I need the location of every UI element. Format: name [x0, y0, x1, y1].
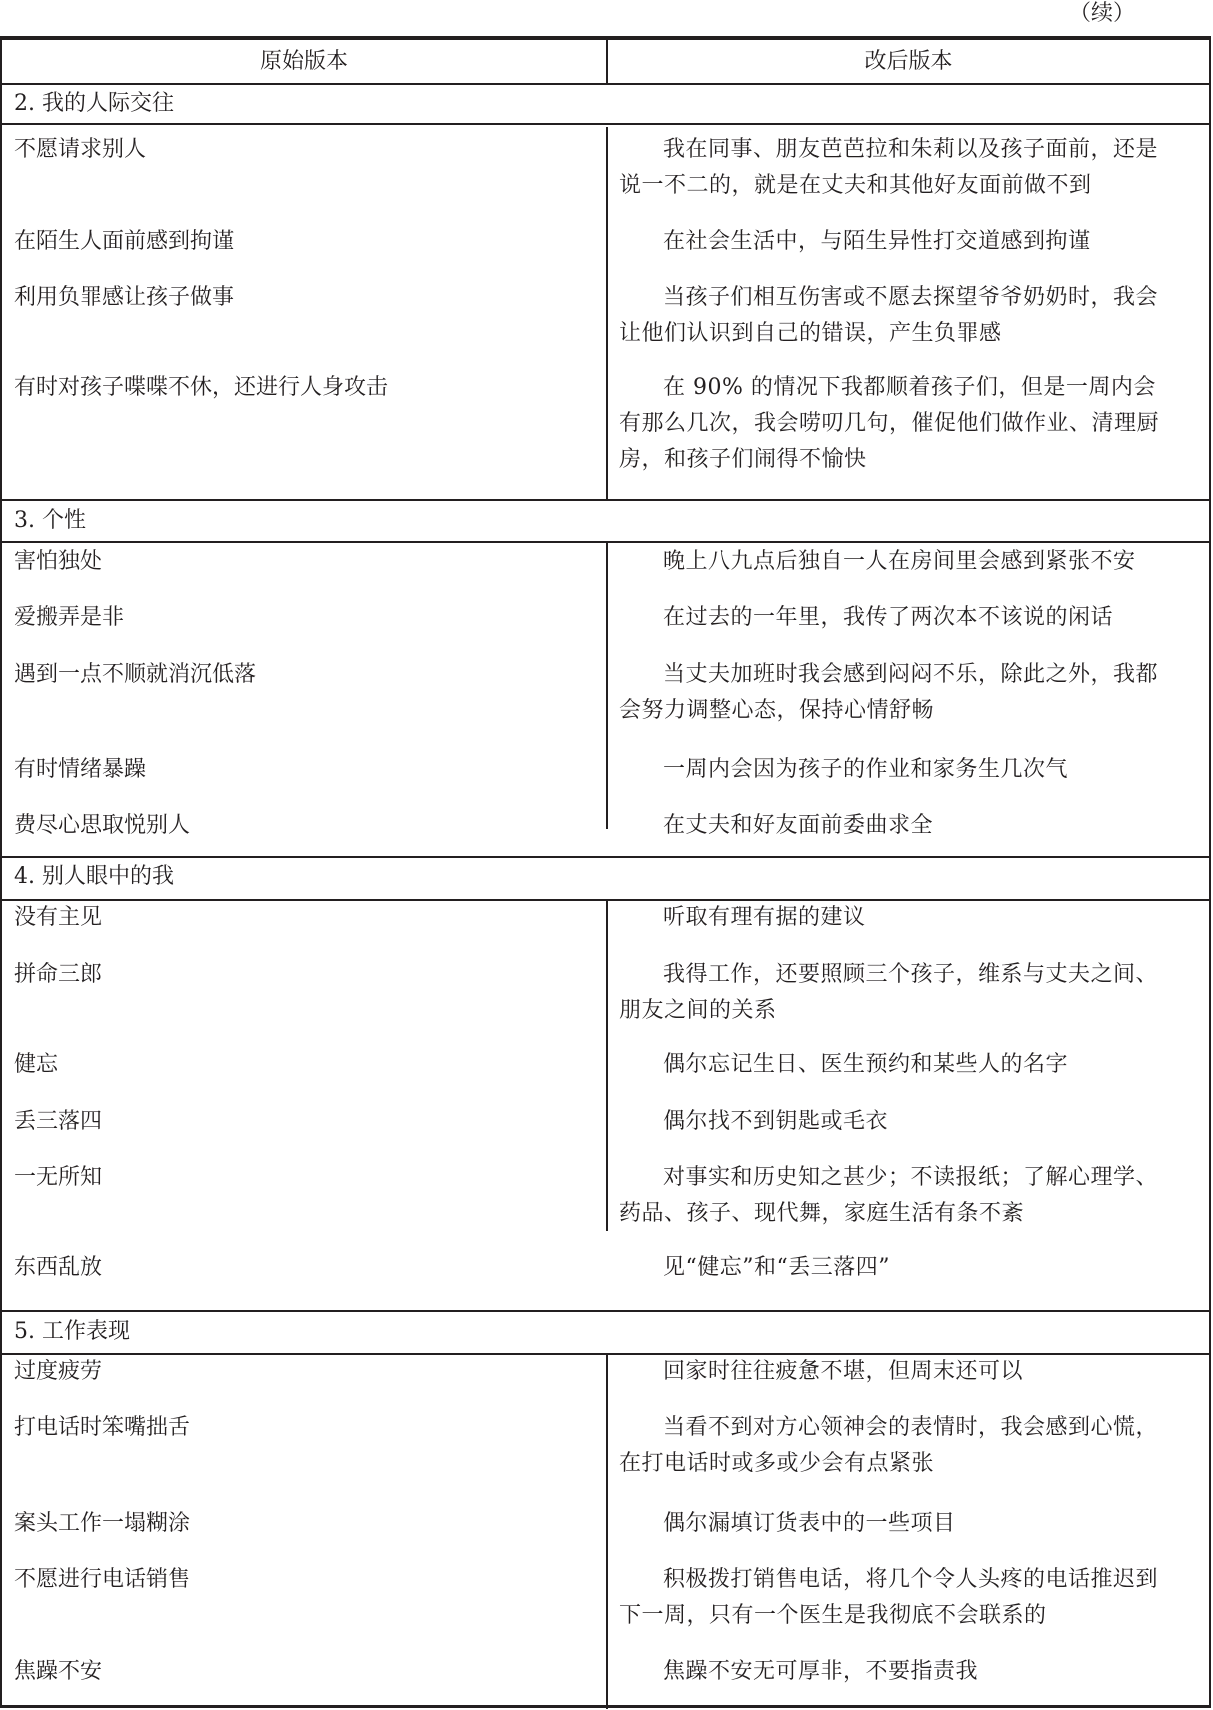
cell-revised: 偶尔找不到钥匙或毛衣	[619, 1104, 1174, 1140]
cell-revised: 在 90% 的情况下我都顺着孩子们，但是一周内会有那么几次，我会唠叨几句，催促他…	[619, 370, 1174, 478]
section-header: 3. 个性	[2, 501, 1209, 543]
cell-original: 过度疲劳	[14, 1354, 594, 1390]
comparison-table: 原始版本 改后版本 2. 我的人际交往 不愿请求别人 我在同事、朋友芭芭拉和朱莉…	[0, 36, 1211, 1708]
cell-original: 不愿进行电话销售	[14, 1562, 594, 1598]
cell-revised: 当看不到对方心领神会的表情时，我会感到心慌，在打电话时或多或少会有点紧张	[619, 1410, 1174, 1482]
section-header: 2. 我的人际交往	[2, 85, 1209, 125]
cell-revised: 我在同事、朋友芭芭拉和朱莉以及孩子面前，还是说一不二的，就是在丈夫和其他好友面前…	[619, 132, 1174, 204]
cell-original: 有时对孩子喋喋不休，还进行人身攻击	[14, 370, 594, 406]
cell-original: 在陌生人面前感到拘谨	[14, 224, 594, 260]
cell-original: 不愿请求别人	[14, 132, 594, 168]
cell-revised: 偶尔忘记生日、医生预约和某些人的名字	[619, 1047, 1174, 1083]
cell-revised: 一周内会因为孩子的作业和家务生几次气	[619, 752, 1174, 788]
cell-revised: 当丈夫加班时我会感到闷闷不乐，除此之外，我都会努力调整心态，保持心情舒畅	[619, 657, 1174, 729]
header-original: 原始版本	[2, 40, 606, 83]
cell-revised: 当孩子们相互伤害或不愿去探望爷爷奶奶时，我会让他们认识到自己的错误，产生负罪感	[619, 280, 1174, 352]
cell-original: 利用负罪感让孩子做事	[14, 280, 594, 316]
cell-revised: 在社会生活中，与陌生异性打交道感到拘谨	[619, 224, 1174, 260]
header-revised: 改后版本	[608, 40, 1209, 83]
cell-revised: 对事实和历史知之甚少；不读报纸；了解心理学、药品、孩子、现代舞，家庭生活有条不紊	[619, 1160, 1174, 1232]
cell-revised: 偶尔漏填订货表中的一些项目	[619, 1506, 1174, 1542]
cell-revised: 在过去的一年里，我传了两次本不该说的闲话	[619, 600, 1174, 636]
cell-original: 打电话时笨嘴拙舌	[14, 1410, 594, 1446]
cell-original: 害怕独处	[14, 544, 594, 580]
cell-original: 费尽心思取悦别人	[14, 808, 594, 844]
cell-original: 遇到一点不顺就消沉低落	[14, 657, 594, 693]
cell-original: 东西乱放	[14, 1250, 594, 1286]
section-header: 5. 工作表现	[2, 1312, 1209, 1355]
cell-original: 案头工作一塌糊涂	[14, 1506, 594, 1542]
cell-original: 爱搬弄是非	[14, 600, 594, 636]
cell-revised: 听取有理有据的建议	[619, 900, 1174, 936]
cell-original: 丢三落四	[14, 1104, 594, 1140]
column-divider	[606, 1355, 608, 1709]
continued-label: （续）	[1069, 0, 1135, 28]
cell-original: 健忘	[14, 1047, 594, 1083]
section-header: 4. 别人眼中的我	[2, 858, 1209, 901]
cell-revised: 我得工作，还要照顾三个孩子，维系与丈夫之间、朋友之间的关系	[619, 957, 1174, 1029]
column-divider	[606, 543, 608, 829]
cell-original: 一无所知	[14, 1160, 594, 1196]
cell-original: 有时情绪暴躁	[14, 752, 594, 788]
cell-revised: 积极拨打销售电话，将几个令人头疼的电话推迟到下一周，只有一个医生是我彻底不会联系…	[619, 1562, 1174, 1634]
cell-revised: 回家时往往疲惫不堪，但周末还可以	[619, 1354, 1174, 1390]
cell-original: 没有主见	[14, 900, 594, 936]
cell-revised: 在丈夫和好友面前委曲求全	[619, 808, 1174, 844]
column-divider	[606, 127, 608, 499]
cell-revised: 焦躁不安无可厚非，不要指责我	[619, 1654, 1174, 1690]
column-divider	[606, 901, 608, 1231]
cell-revised: 见“健忘”和“丢三落四”	[619, 1250, 1174, 1286]
cell-revised: 晚上八九点后独自一人在房间里会感到紧张不安	[619, 544, 1174, 580]
cell-original: 拼命三郎	[14, 957, 594, 993]
cell-original: 焦躁不安	[14, 1654, 594, 1690]
column-divider	[606, 40, 608, 83]
